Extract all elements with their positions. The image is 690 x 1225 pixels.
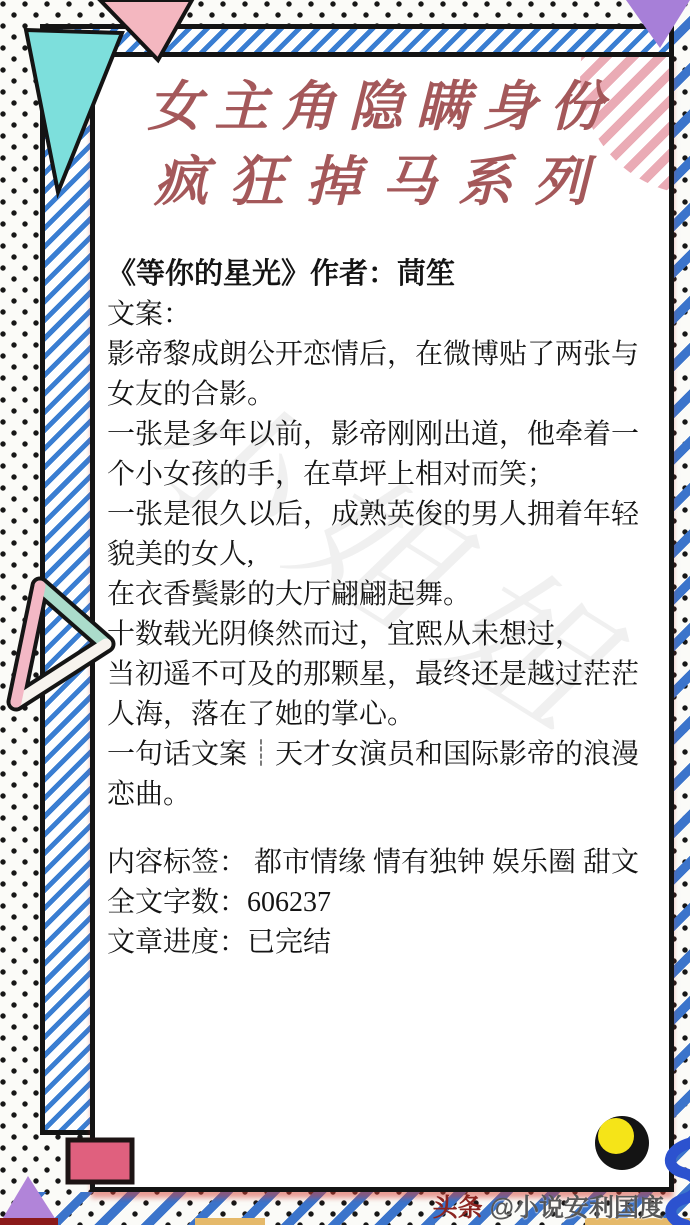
title-line-1: 女主角隐瞒身份 [95,67,669,145]
footer-source-label: 头条 [433,1194,483,1222]
poster-title: 女主角隐瞒身份 疯狂掉马系列 [95,67,669,217]
body-line: 貌美的女人, [107,535,663,575]
body-line: 一句话文案┊天才女演员和国际影帝的浪漫 [107,735,663,775]
progress-line: 文章进度：已完结 [107,923,663,963]
body-line: 个小女孩的手，在草坪上相对而笑； [107,455,663,495]
body-line: 文案： [107,295,663,335]
wide-stripe-right-band [672,0,690,1225]
body-line: 十数载光阴倏然而过，宜熙从未想过， [107,615,663,655]
body-line: 女友的合影。 [107,375,663,415]
body-line: 一张是多年以前，影帝刚刚出道，他牵着一 [107,415,663,455]
poster-page: 小姐姐 女主角隐瞒身份 疯狂掉马系列 《等你的星光》作者：茼笙 文案： 影帝黎成… [0,0,690,1225]
footer-handle-label: @小说安利国度 [490,1194,664,1222]
body-line: 当初遥不可及的那颗星，最终还是越过茫茫 [107,655,663,695]
spacer [107,815,663,843]
body-line: 人海，落在了她的掌心。 [107,695,663,735]
body-line: 在衣香鬓影的大厅翩翩起舞。 [107,575,663,615]
body-line: 恋曲。 [107,775,663,815]
book-description: 《等你的星光》作者：茼笙 文案： 影帝黎成朗公开恋情后，在微博贴了两张与 女友的… [107,253,663,963]
content-card: 小姐姐 女主角隐瞒身份 疯狂掉马系列 《等你的星光》作者：茼笙 文案： 影帝黎成… [90,52,674,1192]
title-line-2: 疯狂掉马系列 [95,145,669,217]
body-line: 影帝黎成朗公开恋情后，在微博贴了两张与 [107,335,663,375]
wordcount-line: 全文字数：606237 [107,883,663,923]
tags-line: 内容标签： 都市情缘 情有独钟 娱乐圈 甜文 [107,843,663,883]
footer-watermark: 头条 @小说安利国度 [0,1188,664,1224]
body-line: 一张是很久以后，成熟英俊的男人拥着年轻 [107,495,663,535]
book-heading: 《等你的星光》作者：茼笙 [107,253,663,295]
